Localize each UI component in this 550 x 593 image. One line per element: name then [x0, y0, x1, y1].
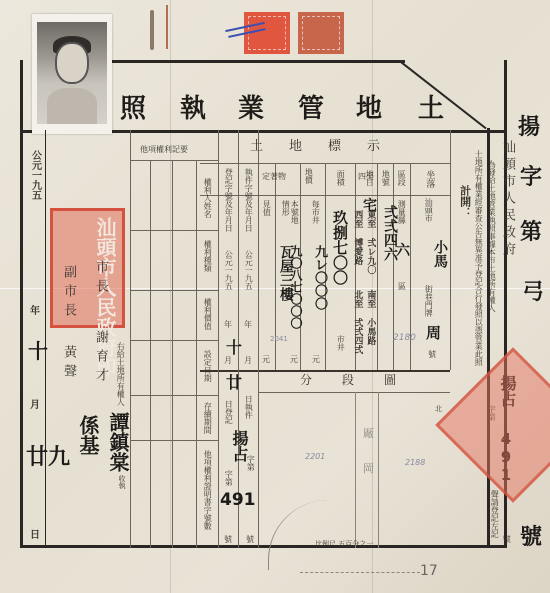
- land-table-heading: 土地標示: [250, 140, 406, 155]
- owner-name-hand: 譚鎮棠: [104, 412, 133, 472]
- col-price-total-label: 本號地: [290, 200, 299, 224]
- title-char: 照: [120, 88, 146, 125]
- number-suffix: 號: [502, 535, 511, 543]
- boundary-east: 東至 弍レ九〇: [365, 210, 375, 274]
- rights-row-label: 權利種類: [203, 240, 212, 272]
- col-location-sub2: 街巷門牌: [424, 285, 433, 317]
- rights-row-label: 他項權利證明書字號數: [203, 450, 212, 530]
- register-month-hand: 十: [226, 335, 242, 358]
- register-col-num-suffix: 號: [224, 535, 232, 544]
- sign-date-month: 月: [30, 400, 40, 412]
- col-price-per-unit-unit: 元: [312, 355, 320, 364]
- preamble-list-label: 計開：: [458, 185, 471, 218]
- table-rule: [130, 395, 218, 396]
- col-fixture-condition-value: 瓦屋三樓: [276, 245, 296, 301]
- register-day-hand: 廿: [226, 370, 242, 393]
- table-rule: [258, 392, 450, 393]
- boundary-north: 北至 弍弍四弍: [352, 290, 362, 354]
- rights-row-label: 存續期間: [203, 402, 212, 434]
- mayor-name: 謝育才: [92, 330, 107, 387]
- pencil-dashed-line: [300, 572, 420, 573]
- map-heading: 分段圖: [300, 374, 426, 388]
- margin-hand: 揚: [518, 110, 540, 141]
- register-col-day: 日登記: [224, 400, 233, 424]
- title-char: 管: [298, 88, 324, 125]
- map-north-label: 北: [435, 405, 442, 413]
- col-location-label: 坐落: [424, 170, 434, 188]
- boundary-west: 西至 博愛路: [352, 210, 362, 265]
- sign-date-day: 日: [30, 530, 40, 542]
- table-rule: [377, 163, 378, 370]
- table-rule: [130, 340, 218, 341]
- sign-day-hand: 廿九: [26, 440, 70, 471]
- col-area-value: 玖捌七〇〇: [330, 210, 351, 285]
- staple-mark: [166, 5, 168, 49]
- col-section-unit: 區: [398, 282, 406, 291]
- col-boundaries-label: 四至: [358, 172, 374, 181]
- pencil-note: 2041: [270, 335, 288, 343]
- col-area-label: 面積: [336, 170, 345, 186]
- col-fixture-value-label: 見值: [262, 200, 271, 216]
- col-price-per-unit-value: 九レ〇〇〇: [310, 245, 329, 310]
- issue-col-month: 月: [244, 356, 252, 365]
- col-fixture-value-unit: 元: [262, 355, 270, 364]
- owner-name-hand-2: 係基: [74, 415, 103, 455]
- rights-row-label: 權利人姓名: [203, 178, 212, 218]
- register-col-year: 年: [224, 320, 232, 329]
- preamble-text: 為發給土地管業執照事據本市土地所有權人: [487, 160, 496, 312]
- col-lot-no-value: 弍弍四六: [380, 205, 400, 261]
- col-price-per-unit-label: 每市井: [311, 200, 320, 224]
- col-price-total-unit: 元: [290, 355, 298, 364]
- title-char: 執: [180, 88, 206, 125]
- table-rule: [130, 130, 131, 548]
- table-rule: [130, 440, 218, 441]
- revenue-stamp: [298, 12, 344, 54]
- table-rule: [450, 130, 451, 370]
- pencil-note: 2188: [405, 458, 425, 467]
- table-rule: [130, 290, 218, 291]
- col-location-door: 周: [426, 322, 441, 343]
- col-lot-no-label: 地號: [381, 170, 390, 186]
- rights-table-heading: 他項權利記要: [140, 145, 188, 154]
- table-rule: [196, 160, 197, 548]
- map-label: 厰: [363, 425, 374, 441]
- issue-col-label: 執件字號及年月日: [244, 168, 253, 232]
- title-char: 土: [418, 88, 444, 125]
- table-rule: [258, 130, 259, 548]
- register-col-prefix: 公元一九五: [224, 250, 233, 290]
- col-price-label: 地價: [304, 168, 313, 184]
- margin-hand: 第: [520, 215, 542, 246]
- col-fixture-condition-label: 情形: [281, 200, 290, 216]
- table-rule: [150, 160, 151, 548]
- title-char: 地: [356, 88, 382, 125]
- col-area-unit: 市井: [336, 335, 345, 351]
- table-rule: [218, 130, 219, 548]
- table-rule: [130, 160, 218, 161]
- boundary-south: 南至 小馬路: [365, 290, 375, 345]
- register-col-month: 月: [224, 356, 232, 365]
- table-rule: [172, 160, 173, 548]
- rights-row-label: 權利價值: [203, 298, 212, 330]
- col-fixture-label: 定著物: [262, 172, 286, 181]
- issue-col-num-suffix: 號: [246, 535, 254, 544]
- col-location-street: 小馬: [430, 240, 450, 268]
- register-number-hand: 491: [220, 490, 256, 510]
- sign-date-prefix: 公元一九五: [29, 150, 41, 200]
- staple-mark: [150, 10, 154, 50]
- margin-hand: 號: [520, 520, 542, 551]
- map-line: [378, 392, 379, 548]
- pencil-note: 17: [420, 563, 438, 579]
- sign-month-hand: 十: [28, 335, 48, 364]
- register-col-label: 登記字號及年月日: [224, 168, 233, 232]
- applicant-label: 聲請登記左記: [490, 490, 499, 538]
- pencil-note: 2201: [305, 452, 325, 461]
- owner-suffix: 收執: [118, 475, 126, 489]
- owner-photo: [32, 14, 112, 134]
- preamble-text: 土地所有權業經審查公告無異准予登記合行發照以憑管業此照: [474, 150, 483, 366]
- register-hand: 揚占: [228, 430, 251, 462]
- map-line: [355, 392, 356, 548]
- owner-line-label: 右給土地所有權人: [116, 342, 125, 406]
- col-location-city: 汕頭市: [424, 198, 433, 222]
- title-char: 業: [238, 88, 264, 125]
- issuer-name: 汕頭市人民政府: [499, 140, 514, 259]
- register-col-num-label: 字第: [224, 470, 233, 486]
- sign-date-year: 年: [30, 306, 40, 318]
- mayor-label: 市長: [92, 260, 107, 298]
- issue-col-day: 日執件: [244, 395, 253, 419]
- col-location-unit: 號: [428, 350, 436, 359]
- margin-hand: 弓: [522, 275, 544, 306]
- pencil-note: 2180: [393, 333, 416, 343]
- table-rule: [130, 230, 218, 231]
- margin-hand: 字: [520, 160, 542, 191]
- issue-col-prefix: 公元一九五: [244, 250, 253, 290]
- issue-col-year: 年: [244, 320, 252, 329]
- title-border-top: [105, 60, 405, 63]
- rights-row-label: 設定日期: [203, 350, 212, 382]
- vice-mayor-label: 副市長: [60, 265, 75, 322]
- col-section-label: 區段: [397, 170, 406, 186]
- map-label: 岡: [363, 460, 374, 476]
- vice-mayor-name: 黃聲: [60, 345, 75, 383]
